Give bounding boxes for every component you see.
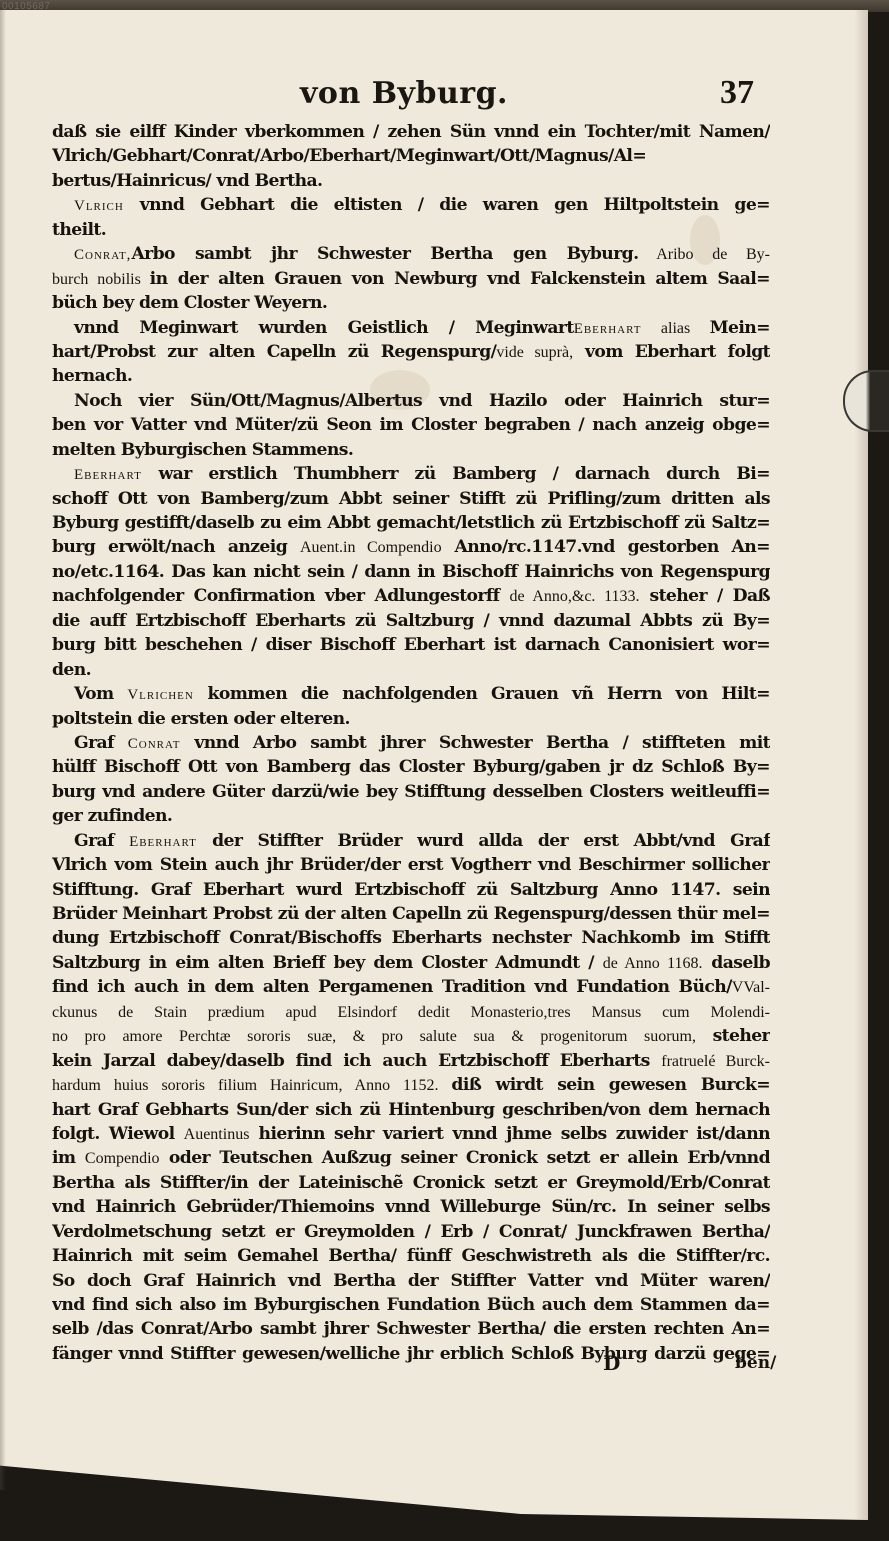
- text-line: burg erwölt/nach anzeig Auent.in Compend…: [52, 535, 770, 559]
- fraktur-text: no/etc.1164. Das kan nicht sein / dann i…: [52, 562, 770, 582]
- text-line: hart Graf Gebharts Sun/der sich zü Hinte…: [52, 1098, 770, 1122]
- latin-text: vide suprà,: [496, 344, 573, 361]
- text-line: bertus/Hainricus/ vnd Bertha.: [52, 169, 770, 193]
- text-line: kein Jarzal dabey/daselb find ich auch E…: [52, 1049, 770, 1073]
- latin-text: hardum huius sororis filium Hainricum, A…: [52, 1077, 451, 1094]
- fraktur-text: poltstein die ersten oder elteren.: [52, 709, 350, 729]
- text-line: Saltzburg in eim alten Brieff bey dem Cl…: [52, 951, 770, 975]
- fraktur-text: burg vnd andere Güter darzü/wie bey Stif…: [52, 782, 770, 802]
- text-line: Hainrich mit seim Gemahel Bertha/ fünff …: [52, 1244, 770, 1268]
- text-line: Vlrich/Gebhart/Conrat/Arbo/Eberhart/Megi…: [52, 144, 770, 168]
- small-caps-name: Vlrich: [74, 198, 124, 214]
- text-line: melten Byburgischen Stammens.: [52, 438, 770, 462]
- text-line: burch nobilis in der alten Grauen von Ne…: [52, 267, 770, 291]
- text-line: nachfolgender Confirmation vber Adlunges…: [52, 584, 770, 608]
- fraktur-text: hernach.: [52, 366, 132, 386]
- fraktur-text: bertus/Hainricus/ vnd Bertha.: [52, 171, 322, 191]
- text-line: Graf Eberhart der Stiffter Brüder wurd a…: [52, 829, 770, 853]
- fraktur-text: Arbo sambt jhr Schwester Bertha gen Bybu…: [131, 244, 638, 264]
- small-caps-name: Eberhart: [129, 834, 197, 850]
- text-line: Vlrich vom Stein auch jhr Brüder/der ers…: [52, 853, 770, 877]
- text-line: selb /das Conrat/Arbo sambt jhrer Schwes…: [52, 1317, 770, 1341]
- fraktur-text: den.: [52, 660, 91, 680]
- text-line: fänger vnnd Stiffter gewesen/welliche jh…: [52, 1342, 770, 1366]
- fraktur-text: Byburg gestifft/daselb zu eim Abbt gemac…: [52, 513, 770, 533]
- text-line: So doch Graf Hainrich vnd Bertha der Sti…: [52, 1269, 770, 1293]
- fraktur-text: vnd Hainrich Gebrüder/Thiemoins vnnd Wil…: [52, 1197, 770, 1217]
- fraktur-text: kommen die nachfolgenden Grauen vñ Herrn…: [194, 684, 770, 704]
- fraktur-text: vnnd Meginwart wurden Geistlich / Meginw…: [74, 318, 574, 338]
- text-line: büch bey dem Closter Weyern.: [52, 291, 770, 315]
- fraktur-text: Vom: [74, 684, 127, 704]
- fraktur-text: Graf: [74, 733, 128, 753]
- catchword: ben/: [735, 1353, 776, 1373]
- fraktur-text: oder Teutschen Außzug seiner Cronick set…: [160, 1148, 770, 1168]
- fraktur-text: theilt.: [52, 220, 106, 240]
- fraktur-text: Noch vier Sün/Ott/Magnus/Albertus vnd Ha…: [74, 391, 770, 411]
- fraktur-text: vnnd Gebhart die eltisten / die waren ge…: [124, 195, 770, 215]
- fraktur-text: im: [52, 1148, 85, 1168]
- running-title: von Byburg.: [300, 76, 508, 111]
- latin-text: fratruelé Burck-: [661, 1053, 770, 1070]
- latin-text: no pro amore Perchtæ sororis suæ, & pro …: [52, 1028, 713, 1045]
- fraktur-text: kein Jarzal dabey/daselb find ich auch E…: [52, 1051, 661, 1071]
- text-line: theilt.: [52, 218, 770, 242]
- fraktur-text: daselb: [703, 953, 770, 973]
- fraktur-text: steher: [713, 1026, 770, 1046]
- text-line: ckunus de Stain prædium apud Elsindorf d…: [52, 1000, 770, 1024]
- text-line: Verdolmetschung setzt er Greymolden / Er…: [52, 1220, 770, 1244]
- fraktur-text: Stifftung. Graf Eberhart wurd Ertzbischo…: [52, 880, 770, 900]
- fraktur-text: die auff Ertzbischoff Eberharts zü Saltz…: [52, 611, 770, 631]
- fraktur-text: Hainrich mit seim Gemahel Bertha/ fünff …: [52, 1246, 770, 1266]
- fraktur-text: melten Byburgischen Stammens.: [52, 440, 353, 460]
- fraktur-text: dung Ertzbischoff Conrat/Bischoffs Eberh…: [52, 928, 770, 948]
- fraktur-text: Graf: [74, 831, 129, 851]
- small-caps-name: Conrat: [128, 736, 181, 752]
- fraktur-text: in der alten Grauen von Newburg vnd Falc…: [150, 269, 770, 289]
- text-line: hardum huius sororis filium Hainricum, A…: [52, 1073, 770, 1097]
- text-line: vnd find sich also im Byburgischen Funda…: [52, 1293, 770, 1317]
- text-line: Eberhart war erstlich Thumbherr zü Bambe…: [52, 462, 770, 486]
- text-line: no pro amore Perchtæ sororis suæ, & pro …: [52, 1024, 770, 1048]
- latin-text: Auent.in Compendio: [300, 539, 442, 556]
- fraktur-text: fänger vnnd Stiffter gewesen/welliche jh…: [52, 1344, 770, 1364]
- fraktur-text: ben vor Vatter vnd Müter/zü Seon im Clos…: [52, 415, 770, 435]
- fraktur-text: hülff Bischoff Ott von Bamberg das Clost…: [52, 757, 770, 777]
- text-line: no/etc.1164. Das kan nicht sein / dann i…: [52, 560, 770, 584]
- fraktur-text: schoff Ott von Bamberg/zum Abbt seiner S…: [52, 489, 770, 509]
- fraktur-text: vom Eberhart folgt: [573, 342, 770, 362]
- text-line: Graf Conrat vnnd Arbo sambt jhrer Schwes…: [52, 731, 770, 755]
- signature-mark: D: [603, 1351, 620, 1375]
- fraktur-text: vnd find sich also im Byburgischen Funda…: [52, 1295, 770, 1315]
- text-line: vnnd Meginwart wurden Geistlich / Meginw…: [52, 316, 770, 340]
- text-line: dung Ertzbischoff Conrat/Bischoffs Eberh…: [52, 926, 770, 950]
- text-line: burg vnd andere Güter darzü/wie bey Stif…: [52, 780, 770, 804]
- text-line: den.: [52, 658, 770, 682]
- small-caps-name: Eberhart: [574, 321, 642, 337]
- text-line: im Compendio oder Teutschen Außzug seine…: [52, 1146, 770, 1170]
- text-line: hart/Probst zur alten Capelln zü Regensp…: [52, 340, 770, 364]
- text-line: Byburg gestifft/daselb zu eim Abbt gemac…: [52, 511, 770, 535]
- text-line: vnd Hainrich Gebrüder/Thiemoins vnnd Wil…: [52, 1195, 770, 1219]
- fraktur-text: Verdolmetschung setzt er Greymolden / Er…: [52, 1222, 770, 1242]
- fraktur-text: hart Graf Gebharts Sun/der sich zü Hinte…: [52, 1100, 770, 1120]
- fraktur-text: Anno/rc.1147.vnd gestorben An=: [442, 537, 770, 557]
- fraktur-text: Vlrich/Gebhart/Conrat/Arbo/Eberhart/Megi…: [52, 146, 646, 166]
- page-header: von Byburg. 37: [0, 76, 868, 116]
- text-line: find ich auch in dem alten Pergamenen Tr…: [52, 975, 770, 999]
- text-line: poltstein die ersten oder elteren.: [52, 707, 770, 731]
- fraktur-text: ger zufinden.: [52, 806, 172, 826]
- fraktur-text: nachfolgender Confirmation vber Adlunges…: [52, 586, 509, 606]
- archive-id: 00105687: [2, 1, 51, 12]
- latin-text: VVal-: [732, 979, 770, 996]
- text-line: Conrat,Arbo sambt jhr Schwester Bertha g…: [52, 242, 770, 266]
- small-caps-name: Conrat,: [74, 247, 131, 263]
- fraktur-text: Brüder Meinhart Probst zü der alten Cape…: [52, 904, 770, 924]
- fraktur-text: folgt. Wiewol: [52, 1124, 184, 1144]
- fraktur-text: der Stiffter Brüder wurd allda der erst …: [197, 831, 770, 851]
- fraktur-text: diß wirdt sein gewesen Burck=: [451, 1075, 770, 1095]
- latin-text: burch nobilis: [52, 271, 150, 288]
- fraktur-text: Bertha als Stiffter/in der Lateinischẽ C…: [52, 1173, 770, 1193]
- fraktur-text: find ich auch in dem alten Pergamenen Tr…: [52, 977, 732, 997]
- body-text: daß sie eilff Kinder vberkommen / zehen …: [52, 120, 770, 1366]
- text-line: burg bitt beschehen / diser Bischoff Ebe…: [52, 633, 770, 657]
- latin-text: de Anno 1168.: [603, 955, 703, 972]
- text-line: hernach.: [52, 364, 770, 388]
- gutter-shadow: [0, 10, 6, 1490]
- text-line: Vlrich vnnd Gebhart die eltisten / die w…: [52, 193, 770, 217]
- text-line: ger zufinden.: [52, 804, 770, 828]
- latin-text: Auentinus: [184, 1126, 250, 1143]
- fraktur-text: So doch Graf Hainrich vnd Bertha der Sti…: [52, 1271, 770, 1291]
- text-line: hülff Bischoff Ott von Bamberg das Clost…: [52, 755, 770, 779]
- text-line: Vom Vlrichen kommen die nachfolgenden Gr…: [52, 682, 770, 706]
- fraktur-text: hierinn sehr variert vnnd jhme selbs zuw…: [249, 1124, 770, 1144]
- fraktur-text: hart/Probst zur alten Capelln zü Regensp…: [52, 342, 496, 362]
- fraktur-text: burg bitt beschehen / diser Bischoff Ebe…: [52, 635, 770, 655]
- page-number: 37: [720, 74, 754, 112]
- fraktur-text: Vlrich vom Stein auch jhr Brüder/der ers…: [52, 855, 770, 875]
- latin-text: alias: [642, 320, 710, 337]
- fraktur-text: büch bey dem Closter Weyern.: [52, 293, 327, 313]
- fraktur-text: Saltzburg in eim alten Brieff bey dem Cl…: [52, 953, 603, 973]
- latin-text: ckunus de Stain prædium apud Elsindorf d…: [52, 1004, 770, 1021]
- fraktur-text: daß sie eilff Kinder vberkommen / zehen …: [52, 122, 770, 142]
- text-line: Noch vier Sün/Ott/Magnus/Albertus vnd Ha…: [52, 389, 770, 413]
- text-line: Brüder Meinhart Probst zü der alten Cape…: [52, 902, 770, 926]
- text-line: folgt. Wiewol Auentinus hierinn sehr var…: [52, 1122, 770, 1146]
- small-caps-name: Vlrichen: [127, 687, 194, 703]
- fraktur-text: vnnd Arbo sambt jhrer Schwester Bertha /…: [180, 733, 770, 753]
- latin-text: Compendio: [85, 1150, 160, 1167]
- text-line: daß sie eilff Kinder vberkommen / zehen …: [52, 120, 770, 144]
- fraktur-text: war erstlich Thumbherr zü Bamberg / darn…: [142, 464, 770, 484]
- text-line: schoff Ott von Bamberg/zum Abbt seiner S…: [52, 487, 770, 511]
- fraktur-text: selb /das Conrat/Arbo sambt jhrer Schwes…: [52, 1319, 770, 1339]
- text-line: Bertha als Stiffter/in der Lateinischẽ C…: [52, 1171, 770, 1195]
- text-line: Stifftung. Graf Eberhart wurd Ertzbischo…: [52, 878, 770, 902]
- fraktur-text: steher / Daß: [639, 586, 770, 606]
- latin-text: Aribo de By-: [638, 246, 770, 263]
- fraktur-text: burg erwölt/nach anzeig: [52, 537, 300, 557]
- small-caps-name: Eberhart: [74, 467, 142, 483]
- latin-text: de Anno,&c. 1133.: [509, 588, 639, 605]
- fraktur-text: Mein=: [710, 318, 770, 338]
- text-line: ben vor Vatter vnd Müter/zü Seon im Clos…: [52, 413, 770, 437]
- text-line: die auff Ertzbischoff Eberharts zü Saltz…: [52, 609, 770, 633]
